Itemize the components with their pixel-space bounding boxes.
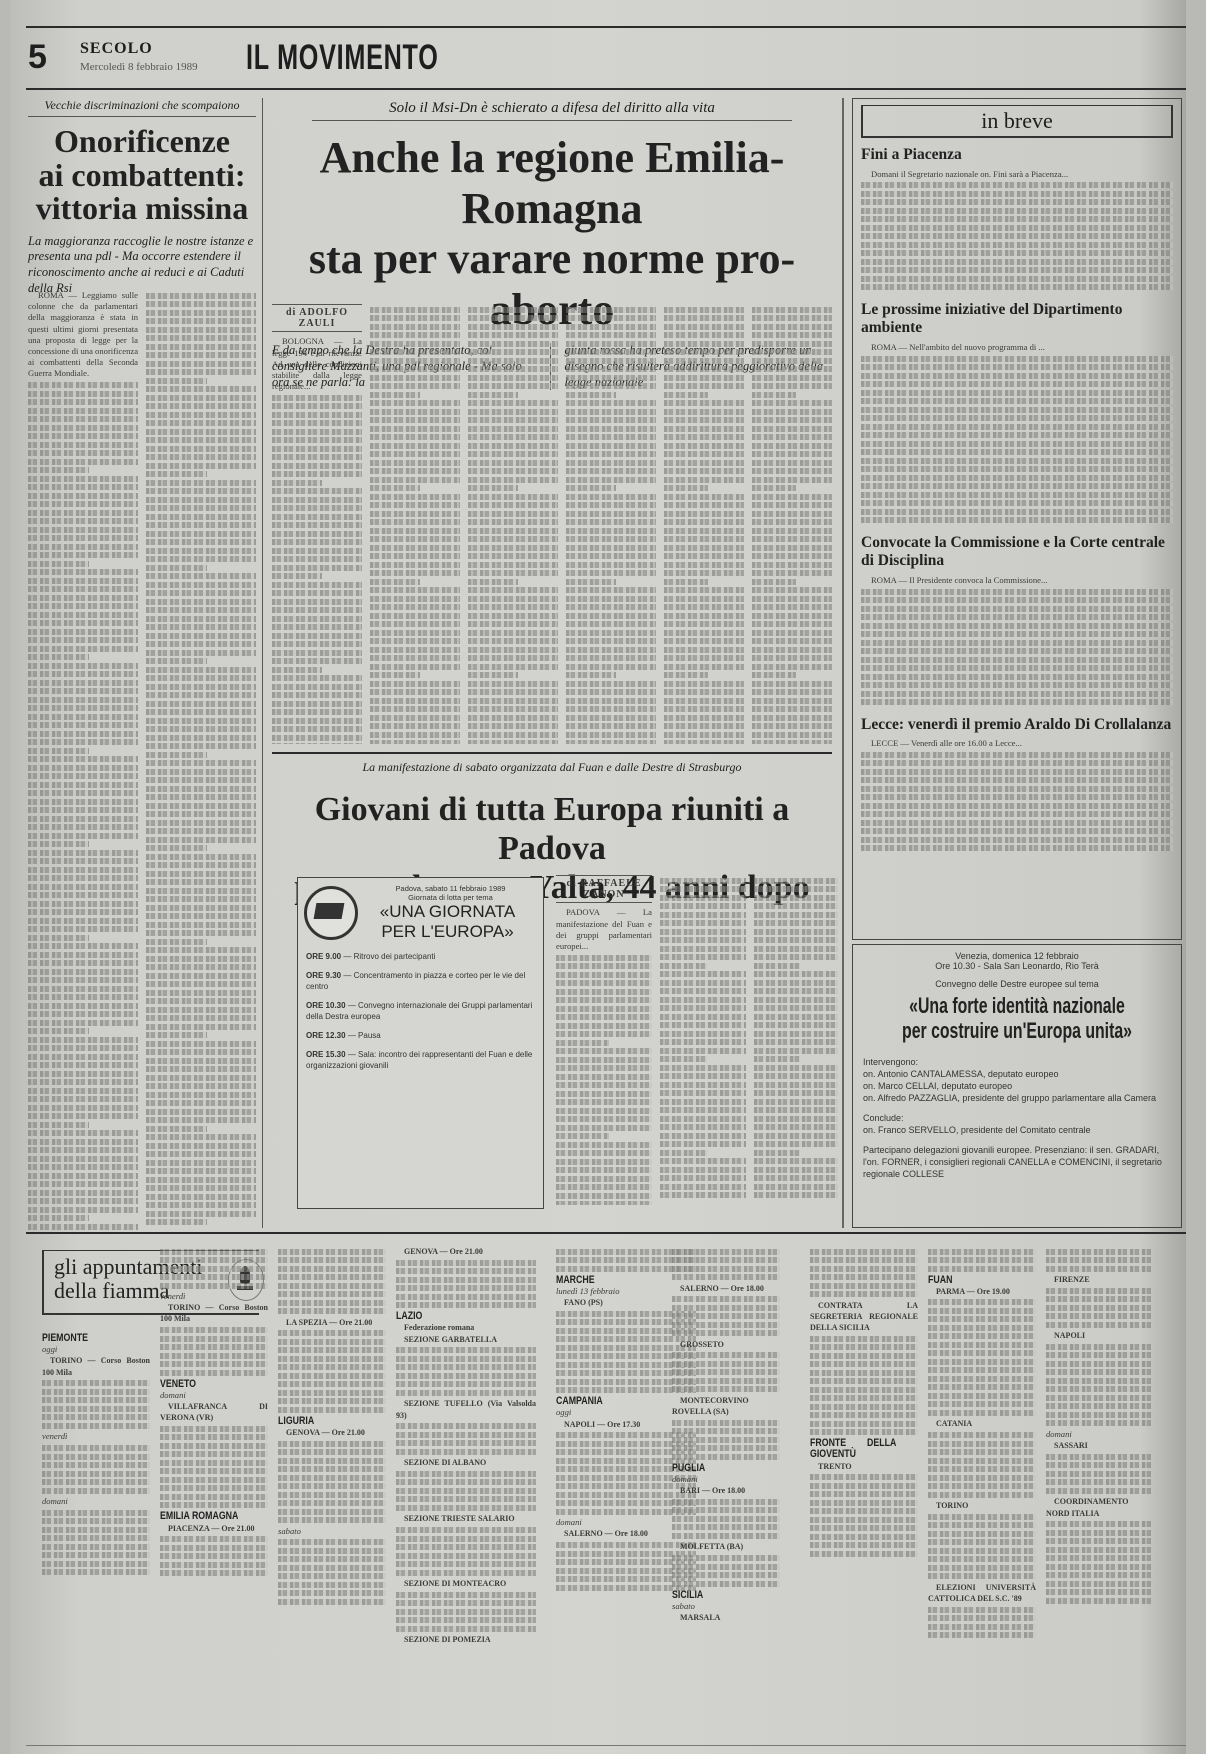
text-line bbox=[278, 1500, 386, 1506]
listing-entry: TORINO — Corso Boston 100 Mila bbox=[160, 1302, 268, 1324]
text-line bbox=[752, 494, 832, 500]
text-filler bbox=[672, 1352, 780, 1392]
text-line bbox=[28, 1045, 138, 1051]
schedule-text: — Ritrovo dei partecipanti bbox=[343, 952, 435, 961]
event-title-line: per costruire un'Europa unita» bbox=[899, 1018, 1135, 1043]
text-line bbox=[370, 528, 460, 534]
text-line bbox=[146, 463, 256, 469]
text-line bbox=[146, 956, 256, 962]
text-line bbox=[928, 1342, 1036, 1348]
text-line bbox=[28, 629, 138, 635]
listing-entry: SEZIONE DI POMEZIA bbox=[396, 1634, 536, 1645]
text-line bbox=[272, 624, 362, 630]
text-line bbox=[160, 1426, 268, 1432]
text-line bbox=[861, 415, 1173, 421]
text-filler bbox=[1046, 1249, 1154, 1272]
text-line bbox=[370, 477, 460, 483]
text-line bbox=[468, 383, 558, 389]
text-line bbox=[160, 1494, 268, 1500]
text-line bbox=[752, 468, 832, 474]
text-line bbox=[146, 488, 256, 494]
text-line bbox=[556, 989, 652, 995]
text-line bbox=[468, 536, 558, 542]
text-line bbox=[146, 1109, 256, 1115]
text-line bbox=[272, 718, 362, 724]
text-line bbox=[468, 681, 558, 687]
text-filler bbox=[928, 1607, 1036, 1639]
text-line bbox=[752, 460, 832, 466]
text-line bbox=[28, 399, 138, 405]
text-line bbox=[754, 1150, 800, 1156]
text-line bbox=[660, 1116, 746, 1122]
text-filler bbox=[664, 307, 744, 745]
text-line bbox=[664, 494, 744, 500]
text-line bbox=[660, 1082, 746, 1088]
text-line bbox=[370, 324, 460, 330]
text-line bbox=[146, 573, 256, 579]
text-line bbox=[928, 1624, 1036, 1630]
text-line bbox=[28, 501, 138, 507]
text-line bbox=[160, 1370, 268, 1376]
text-line bbox=[146, 301, 256, 307]
body-column bbox=[664, 304, 744, 744]
text-line bbox=[370, 434, 460, 440]
text-line bbox=[272, 471, 362, 477]
text-line bbox=[752, 536, 832, 542]
text-line bbox=[160, 1460, 268, 1466]
text-line bbox=[28, 654, 89, 660]
text-line bbox=[272, 446, 362, 452]
text-line bbox=[861, 475, 1173, 481]
text-line bbox=[754, 1167, 838, 1173]
text-line bbox=[28, 1139, 138, 1145]
text-line bbox=[468, 494, 558, 500]
text-line bbox=[146, 879, 256, 885]
listing-entry: PIACENZA — Ore 21.00 bbox=[160, 1523, 268, 1534]
text-line bbox=[664, 519, 744, 525]
text-line bbox=[660, 912, 746, 918]
text-line bbox=[556, 1014, 652, 1020]
text-line bbox=[566, 570, 656, 576]
text-line bbox=[754, 920, 838, 926]
text-line bbox=[370, 647, 460, 653]
text-line bbox=[752, 604, 832, 610]
text-line bbox=[28, 663, 138, 669]
text-line bbox=[146, 616, 256, 622]
text-line bbox=[468, 570, 558, 576]
text-line bbox=[42, 1406, 150, 1412]
text-line bbox=[752, 740, 832, 744]
text-line bbox=[660, 1073, 746, 1079]
text-line bbox=[672, 1352, 780, 1358]
listing-column: LA SPEZIA — Ore 21.00LIGURIAGENOVA — Ore… bbox=[278, 1246, 386, 1740]
text-line bbox=[861, 769, 1173, 775]
text-line bbox=[468, 638, 558, 644]
text-line bbox=[468, 443, 558, 449]
text-line bbox=[664, 511, 744, 517]
bottom-rule bbox=[26, 1745, 1186, 1746]
text-line bbox=[396, 1440, 536, 1446]
text-line bbox=[28, 391, 138, 397]
text-line bbox=[566, 341, 656, 347]
text-line bbox=[556, 1159, 652, 1165]
text-line bbox=[566, 434, 656, 440]
text-line bbox=[146, 310, 256, 316]
text-line bbox=[556, 1099, 652, 1105]
text-line bbox=[468, 519, 558, 525]
text-line bbox=[272, 497, 362, 503]
lead-paragraph: ROMA — Leggiamo sulle colonne che da par… bbox=[28, 290, 138, 380]
listing-entry: GENOVA — Ore 21.00 bbox=[396, 1246, 536, 1257]
text-line bbox=[754, 1124, 838, 1130]
text-line bbox=[146, 701, 256, 707]
text-line bbox=[566, 528, 656, 534]
text-line bbox=[660, 1124, 746, 1130]
text-line bbox=[566, 332, 656, 338]
text-line bbox=[660, 895, 746, 901]
text-line bbox=[278, 1556, 386, 1562]
text-line bbox=[810, 1249, 918, 1255]
text-line bbox=[861, 657, 1173, 663]
text-line bbox=[1046, 1462, 1154, 1468]
text-line bbox=[672, 1386, 780, 1392]
region-heading: MARCHE bbox=[556, 1275, 668, 1286]
text-line bbox=[861, 199, 1173, 205]
day-label: oggi bbox=[42, 1344, 150, 1355]
text-line bbox=[752, 655, 832, 661]
text-line bbox=[566, 502, 656, 508]
text-line bbox=[396, 1347, 536, 1353]
text-line bbox=[28, 586, 138, 592]
text-line bbox=[28, 1054, 138, 1060]
text-line bbox=[42, 1510, 150, 1516]
text-line bbox=[160, 1468, 268, 1474]
text-line bbox=[928, 1492, 1036, 1498]
in-breve-header: in breve bbox=[861, 105, 1173, 138]
text-line bbox=[660, 1167, 746, 1173]
text-line bbox=[752, 417, 832, 423]
text-line bbox=[556, 1082, 652, 1088]
text-line bbox=[566, 315, 656, 321]
text-line bbox=[566, 468, 656, 474]
text-line bbox=[28, 994, 138, 1000]
day-label: sabato bbox=[278, 1526, 386, 1537]
text-line bbox=[396, 1277, 536, 1283]
text-line bbox=[468, 375, 558, 381]
text-line bbox=[810, 1421, 918, 1427]
text-line bbox=[370, 579, 420, 585]
text-line bbox=[396, 1496, 536, 1502]
brief-body: ROMA — Il Presidente convoca la Commissi… bbox=[861, 575, 1173, 708]
text-line bbox=[566, 587, 656, 593]
text-line bbox=[664, 341, 744, 347]
text-line bbox=[396, 1570, 536, 1576]
text-line bbox=[566, 681, 656, 687]
text-line bbox=[556, 1057, 652, 1063]
text-line bbox=[146, 1049, 256, 1055]
fuan-logo-icon bbox=[304, 886, 358, 940]
text-line bbox=[146, 1143, 256, 1149]
text-line bbox=[28, 476, 138, 482]
text-line bbox=[752, 613, 832, 619]
text-line bbox=[566, 732, 656, 738]
text-line bbox=[752, 358, 832, 364]
text-line bbox=[28, 977, 138, 983]
text-line bbox=[146, 335, 256, 341]
text-line bbox=[28, 841, 89, 847]
text-line bbox=[566, 698, 656, 704]
text-line bbox=[810, 1257, 918, 1263]
text-line bbox=[664, 740, 744, 744]
headline-line: Giovani di tutta Europa riuniti a Padova bbox=[272, 790, 832, 868]
text-line bbox=[272, 658, 362, 664]
text-line bbox=[566, 451, 656, 457]
text-line bbox=[146, 854, 256, 860]
text-line bbox=[556, 955, 652, 961]
body-column bbox=[566, 304, 656, 744]
text-line bbox=[861, 233, 1173, 239]
text-line bbox=[28, 926, 138, 932]
text-line bbox=[664, 536, 744, 542]
listing-entry: BARI — Ore 18.00 bbox=[672, 1485, 780, 1496]
text-line bbox=[396, 1553, 536, 1559]
text-line bbox=[928, 1401, 1036, 1407]
section-rule bbox=[272, 752, 832, 754]
text-line bbox=[28, 637, 138, 643]
schedule-time: ORE 10.30 bbox=[306, 1001, 348, 1010]
text-line bbox=[28, 1224, 138, 1230]
text-line bbox=[752, 315, 832, 321]
text-line bbox=[370, 570, 460, 576]
text-line bbox=[160, 1274, 268, 1280]
text-line bbox=[370, 366, 460, 372]
text-line bbox=[278, 1381, 386, 1387]
text-line bbox=[160, 1536, 268, 1542]
text-line bbox=[861, 589, 1173, 595]
text-line bbox=[396, 1260, 536, 1266]
text-line bbox=[566, 392, 616, 398]
text-line bbox=[272, 641, 362, 647]
text-line bbox=[861, 449, 1173, 455]
text-filler bbox=[928, 1514, 1036, 1580]
text-line bbox=[928, 1632, 1036, 1638]
text-line bbox=[1046, 1555, 1154, 1561]
day-label: domani bbox=[672, 1474, 780, 1485]
text-line bbox=[556, 1065, 652, 1071]
text-line bbox=[28, 1147, 138, 1153]
text-line bbox=[28, 875, 138, 881]
text-filler bbox=[810, 1336, 918, 1436]
listing-entry: MONTECORVINO ROVELLA (SA) bbox=[672, 1395, 780, 1417]
text-line bbox=[664, 392, 708, 398]
text-line bbox=[672, 1533, 780, 1539]
text-line bbox=[278, 1373, 386, 1379]
text-line bbox=[146, 1032, 207, 1038]
text-line bbox=[28, 1164, 138, 1170]
text-line bbox=[754, 1022, 838, 1028]
text-line bbox=[754, 963, 800, 969]
text-line bbox=[28, 382, 138, 388]
text-line bbox=[1046, 1471, 1154, 1477]
speaker: on. Antonio CANTALAMESSA, deputato europ… bbox=[863, 1068, 1171, 1080]
text-filler bbox=[160, 1426, 268, 1509]
text-line bbox=[660, 1090, 746, 1096]
text-line bbox=[146, 378, 207, 384]
text-line bbox=[370, 485, 420, 491]
text-line bbox=[146, 293, 256, 299]
text-line bbox=[146, 505, 256, 511]
text-line bbox=[28, 1020, 138, 1026]
text-line bbox=[468, 460, 558, 466]
text-line bbox=[566, 655, 656, 661]
text-line bbox=[752, 579, 796, 585]
text-line bbox=[370, 400, 460, 406]
text-line bbox=[28, 782, 138, 788]
text-line bbox=[28, 527, 138, 533]
text-line bbox=[146, 1151, 256, 1157]
text-line bbox=[928, 1316, 1036, 1322]
text-line bbox=[672, 1564, 780, 1570]
text-line bbox=[278, 1330, 386, 1336]
text-line bbox=[754, 886, 838, 892]
text-line bbox=[566, 689, 656, 695]
text-line bbox=[278, 1390, 386, 1396]
text-line bbox=[664, 647, 744, 653]
text-line bbox=[1046, 1547, 1154, 1553]
text-line bbox=[664, 468, 744, 474]
text-line bbox=[28, 450, 138, 456]
brief-body: ROMA — Nell'ambito del nuovo programma d… bbox=[861, 342, 1173, 526]
text-line bbox=[664, 375, 744, 381]
text-line bbox=[42, 1518, 150, 1524]
text-line bbox=[664, 349, 744, 355]
text-line bbox=[556, 1142, 652, 1148]
text-line bbox=[146, 743, 256, 749]
text-line bbox=[664, 366, 744, 372]
text-line bbox=[861, 276, 1173, 282]
text-line bbox=[861, 699, 1173, 705]
text-line bbox=[861, 284, 1173, 290]
text-line bbox=[664, 698, 744, 704]
text-line bbox=[754, 1184, 838, 1190]
text-line bbox=[146, 692, 256, 698]
text-line bbox=[752, 528, 832, 534]
text-line bbox=[1046, 1378, 1154, 1384]
text-line bbox=[556, 1150, 652, 1156]
text-line bbox=[1046, 1589, 1154, 1595]
text-line bbox=[28, 739, 138, 745]
text-line bbox=[146, 1177, 256, 1183]
text-line bbox=[468, 672, 518, 678]
text-line bbox=[160, 1327, 268, 1333]
text-line bbox=[272, 531, 362, 537]
text-line bbox=[664, 655, 744, 661]
event-place: Ore 10.30 - Sala San Leonardo, Rio Terà bbox=[853, 961, 1181, 971]
text-line bbox=[752, 519, 832, 525]
brief-lead: ROMA — Il Presidente convoca la Commissi… bbox=[861, 575, 1173, 586]
text-line bbox=[370, 587, 460, 593]
text-line bbox=[566, 460, 656, 466]
text-line bbox=[42, 1462, 150, 1468]
text-line bbox=[146, 1219, 207, 1225]
text-line bbox=[272, 599, 362, 605]
text-line bbox=[28, 467, 89, 473]
text-line bbox=[146, 531, 256, 537]
text-line bbox=[566, 417, 656, 423]
text-line bbox=[160, 1545, 268, 1551]
text-line bbox=[660, 954, 746, 960]
text-line bbox=[660, 1005, 746, 1011]
text-line bbox=[278, 1573, 386, 1579]
text-line bbox=[664, 409, 744, 415]
schedule-time: ORE 9.30 bbox=[306, 971, 343, 980]
text-line bbox=[278, 1300, 386, 1306]
listing-entry: LA SPEZIA — Ore 21.00 bbox=[278, 1317, 386, 1328]
text-line bbox=[28, 918, 138, 924]
brief-headline: Convocate la Commissione e la Corte cent… bbox=[861, 534, 1173, 571]
text-line bbox=[272, 420, 362, 426]
text-line bbox=[1046, 1361, 1154, 1367]
listing-entry: SEZIONE GARBATELLA bbox=[396, 1334, 536, 1345]
text-line bbox=[160, 1336, 268, 1342]
text-line bbox=[672, 1305, 780, 1311]
text-line bbox=[28, 714, 138, 720]
text-line bbox=[660, 1099, 746, 1105]
listing-entry: SASSARI bbox=[1046, 1440, 1154, 1451]
text-line bbox=[672, 1499, 780, 1505]
text-filler bbox=[928, 1432, 1036, 1498]
text-line bbox=[146, 905, 256, 911]
text-line bbox=[754, 895, 838, 901]
text-line bbox=[861, 466, 1173, 472]
text-line bbox=[928, 1325, 1036, 1331]
text-filler bbox=[754, 878, 838, 1199]
text-line bbox=[28, 493, 138, 499]
text-line bbox=[146, 1134, 256, 1140]
text-line bbox=[1046, 1257, 1154, 1263]
text-line bbox=[861, 648, 1173, 654]
text-line bbox=[272, 412, 362, 418]
text-line bbox=[146, 565, 207, 571]
text-line bbox=[28, 1105, 138, 1111]
text-line bbox=[278, 1308, 386, 1314]
text-line bbox=[566, 477, 656, 483]
text-line bbox=[752, 383, 832, 389]
text-line bbox=[146, 412, 256, 418]
text-line bbox=[861, 381, 1173, 387]
text-line bbox=[754, 1116, 838, 1122]
text-line bbox=[146, 454, 256, 460]
text-line bbox=[556, 1167, 652, 1173]
body-column bbox=[468, 304, 558, 744]
text-line bbox=[28, 1215, 89, 1221]
text-line bbox=[146, 403, 256, 409]
listing-entry: COORDINAMENTO NORD ITALIA bbox=[1046, 1496, 1154, 1518]
text-line bbox=[28, 969, 138, 975]
schedule-time: ORE 15.30 bbox=[306, 1050, 348, 1059]
text-line bbox=[28, 552, 138, 558]
text-line bbox=[146, 998, 256, 1004]
text-line bbox=[752, 324, 832, 330]
text-line bbox=[672, 1257, 780, 1263]
text-line bbox=[752, 375, 832, 381]
brief-body: Domani il Segretario nazionale on. Fini … bbox=[861, 169, 1173, 293]
byline: di RAFFAELE ZANON bbox=[556, 875, 652, 903]
text-line bbox=[370, 621, 460, 627]
text-line bbox=[468, 485, 518, 491]
text-line bbox=[1046, 1296, 1154, 1302]
text-line bbox=[660, 903, 746, 909]
